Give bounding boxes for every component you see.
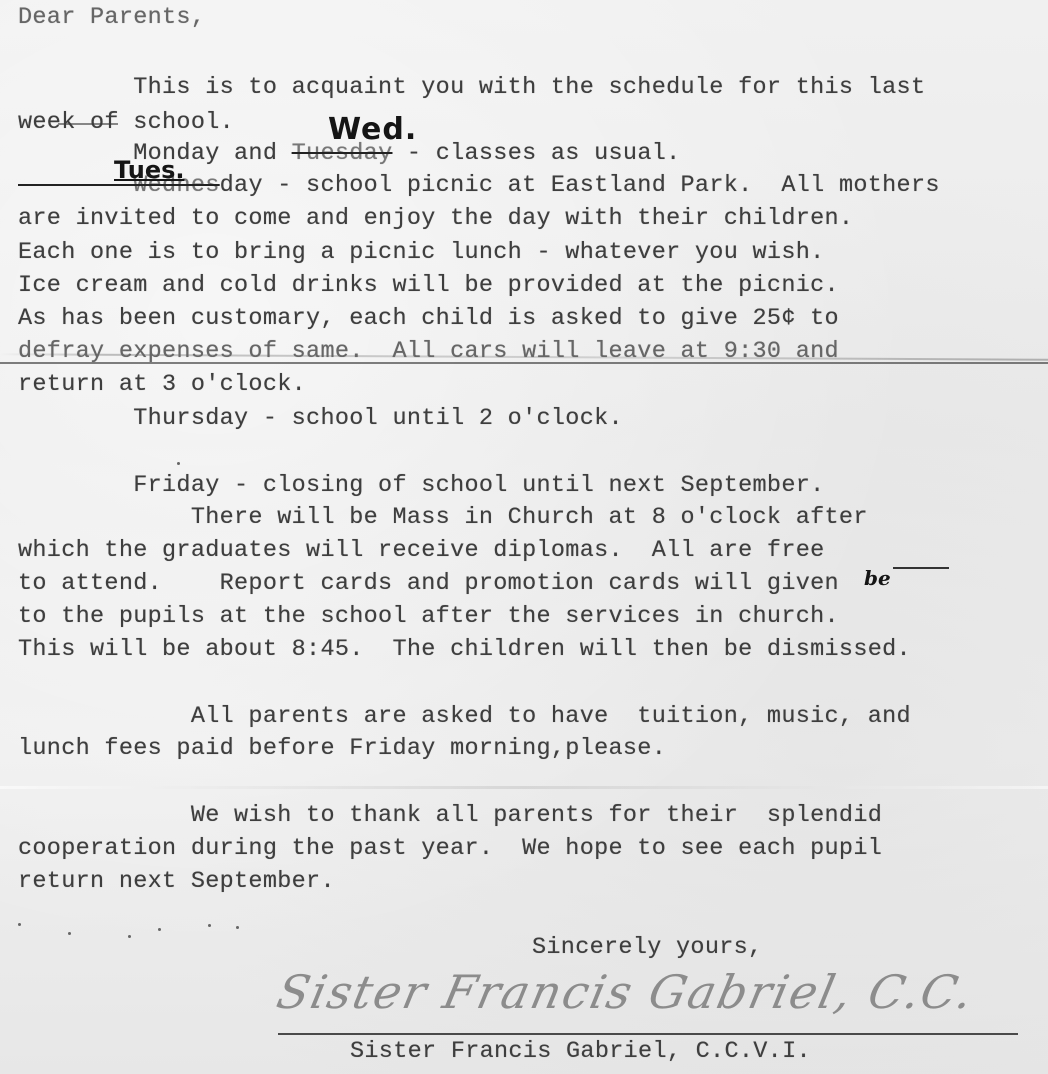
schedule-friday-line: Friday - closing of school until next Se… xyxy=(18,470,825,502)
paper-speck xyxy=(128,935,131,938)
picnic-line: Each one is to bring a picnic lunch - wh… xyxy=(18,237,825,269)
friday-detail-line: There will be Mass in Church at 8 o'cloc… xyxy=(18,502,868,534)
friday-detail-line: which the graduates will receive diploma… xyxy=(18,535,825,567)
fees-line: lunch fees paid before Friday morning,pl… xyxy=(18,733,666,765)
thanks-line: We wish to thank all parents for their s… xyxy=(18,800,882,832)
friday-detail-line: to attend. Report cards and promotion ca… xyxy=(18,568,839,600)
picnic-line: return at 3 o'clock. xyxy=(18,369,306,401)
schedule-thursday-line: Thursday - school until 2 o'clock. xyxy=(18,403,623,435)
wednesday-rest: day - school picnic at Eastland Park. Al… xyxy=(220,172,940,199)
fold-crease xyxy=(0,786,1048,789)
paper-speck xyxy=(18,923,21,926)
letter-page: Dear Parents, This is to acquaint you wi… xyxy=(0,0,1048,1074)
handwritten-tues: Tues. xyxy=(114,156,185,184)
thanks-line: cooperation during the past year. We hop… xyxy=(18,833,882,865)
closing: Sincerely yours, xyxy=(532,932,762,964)
handwritten-signature: Sister Francis Gabriel, C.C. xyxy=(272,965,979,1019)
intro-line-1: This is to acquaint you with the schedul… xyxy=(18,72,925,104)
thanks-line: return next September. xyxy=(18,866,335,898)
handwritten-wed: Wed. xyxy=(328,112,417,147)
paper-speck xyxy=(236,926,239,929)
friday-detail-line: to the pupils at the school after the se… xyxy=(18,601,839,633)
picnic-line: As has been customary, each child is ask… xyxy=(18,303,839,335)
monday-suffix: - classes as usual. xyxy=(392,140,680,167)
picnic-line: are invited to come and enjoy the day wi… xyxy=(18,203,853,235)
pen-stroke xyxy=(58,123,118,125)
pen-stroke xyxy=(0,362,1048,364)
paper-speck xyxy=(68,932,71,935)
signature-rule xyxy=(278,1033,1018,1035)
paper-speck xyxy=(158,928,161,931)
pen-underline xyxy=(893,567,949,569)
picnic-line: Ice cream and cold drinks will be provid… xyxy=(18,270,839,302)
paper-speck xyxy=(177,462,180,465)
friday-detail-line: This will be about 8:45. The children wi… xyxy=(18,634,911,666)
paper-speck xyxy=(208,924,211,927)
salutation: Dear Parents, xyxy=(18,2,205,34)
typed-signature: Sister Francis Gabriel, C.C.V.I. xyxy=(350,1036,811,1068)
fees-line: All parents are asked to have tuition, m… xyxy=(18,701,911,733)
intro-line-2: week of school. xyxy=(18,107,234,139)
handwritten-be: be xyxy=(864,566,891,590)
